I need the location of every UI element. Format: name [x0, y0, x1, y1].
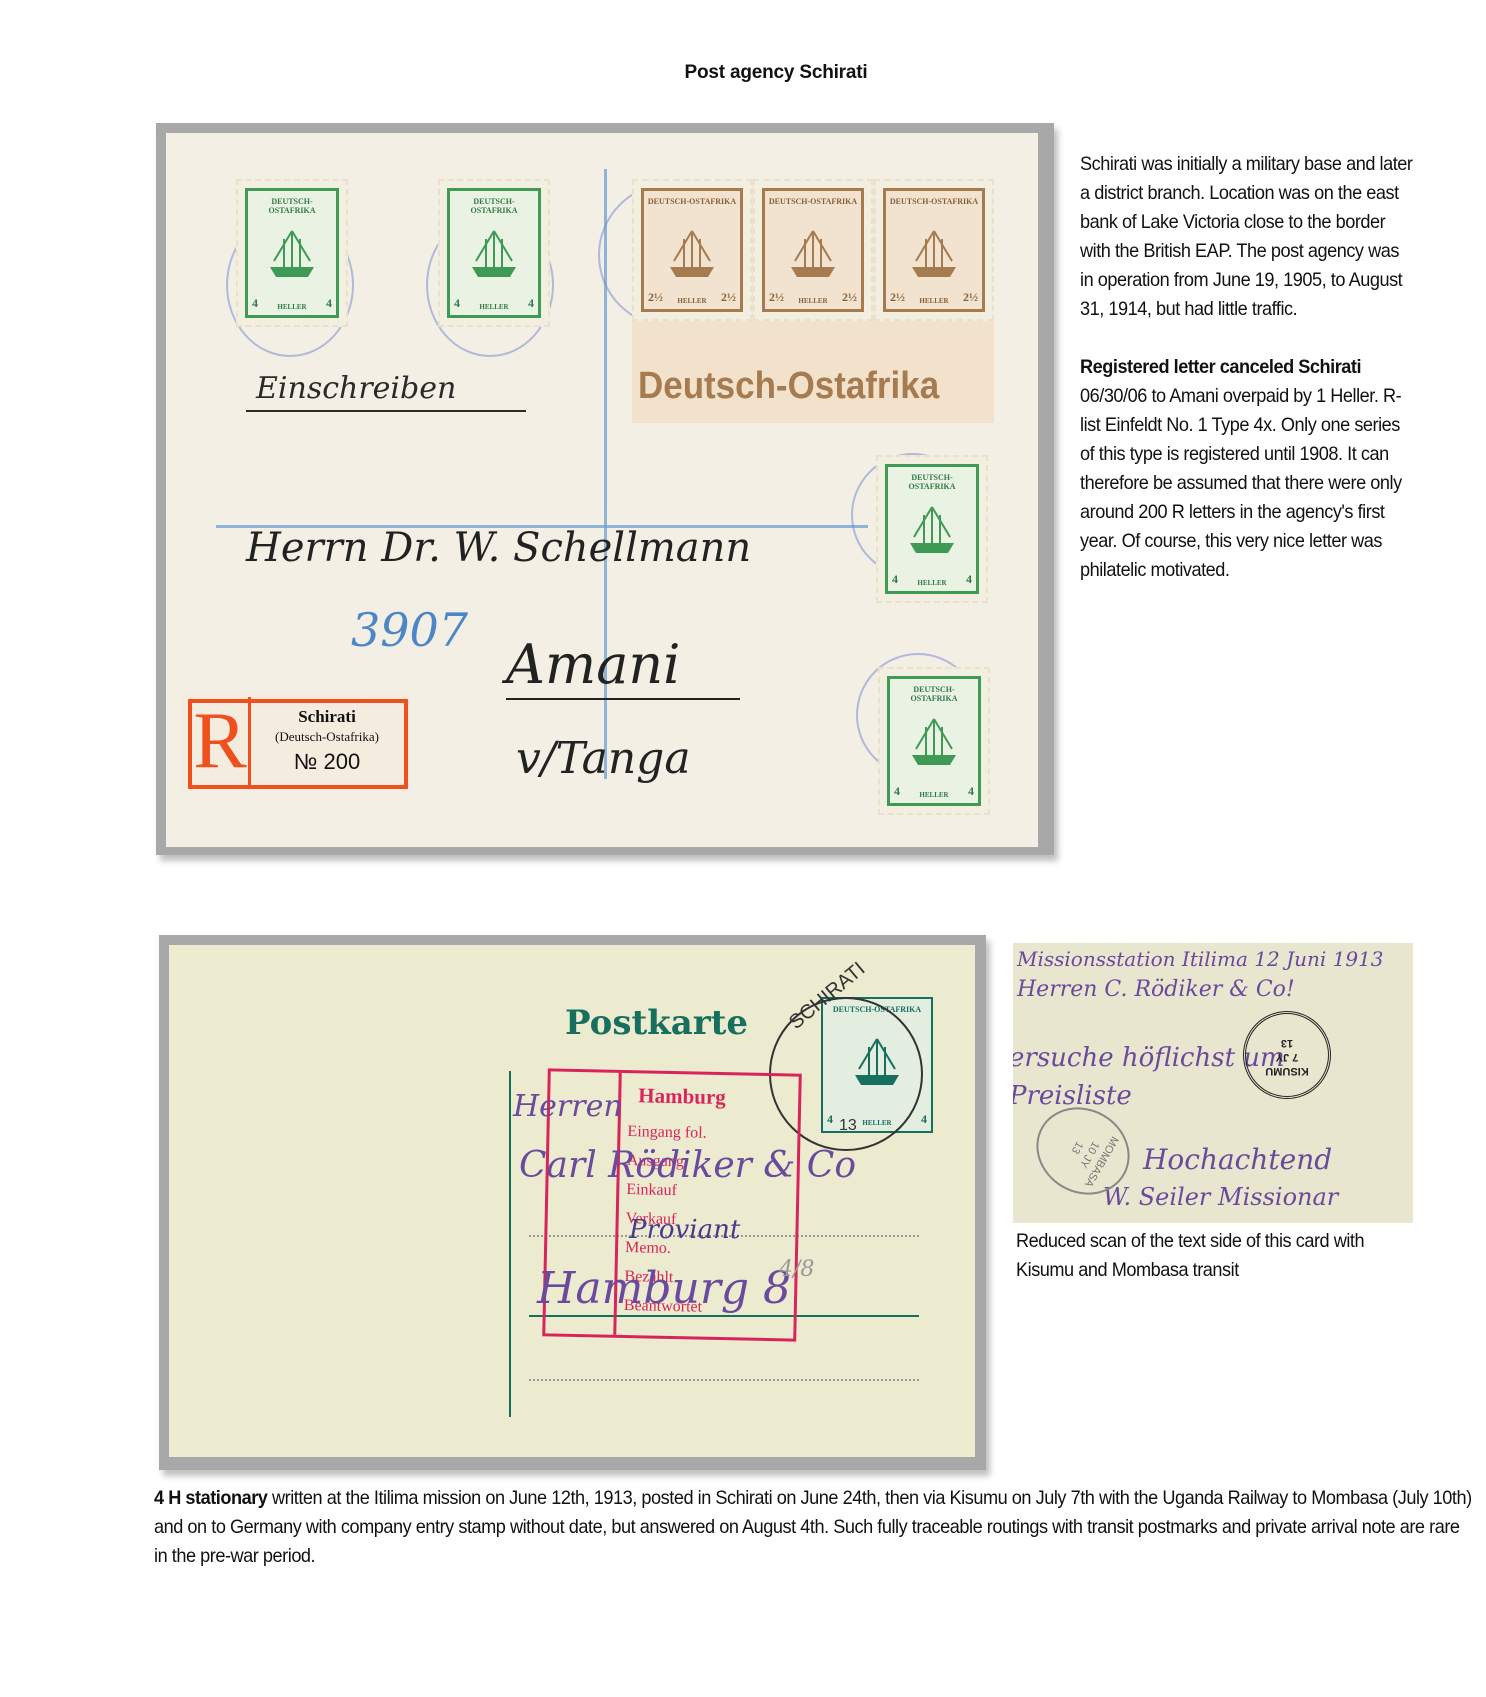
stamp-value: 4: [921, 1112, 927, 1127]
stamp-value: 4: [326, 296, 332, 311]
handwritten-city: Amani: [506, 633, 740, 700]
handwritten-einschreiben: Einschreiben: [246, 371, 526, 412]
registration-number: № 200: [252, 749, 402, 775]
reverse-handwriting-line: W. Seiler Missionar: [1103, 1183, 1338, 1211]
stamp-country: DEUTSCH-OSTAFRIKA: [450, 197, 538, 215]
kisumu-place: KISUMU: [1246, 1064, 1328, 1078]
stamp-value: 4: [966, 572, 972, 587]
stamp-value: 4: [968, 784, 974, 799]
stamp-value: 4: [252, 296, 258, 311]
handwritten-answer-date: 4/8: [779, 1257, 814, 1282]
stationery-description: 4 H stationary written at the Itilima mi…: [154, 1484, 1475, 1571]
stamp-2-5-heller: DEUTSCH-OSTAFRIKA 2½HELLER2½: [632, 179, 752, 321]
handwritten-herren: Herren: [513, 1089, 623, 1124]
stamp-4-heller: DEUTSCH-OSTAFRIKA 4HELLER4: [236, 179, 348, 327]
postkarte-image: Postkarte DEUTSCH-OSTAFRIKA 4HELLER4 SCH…: [169, 945, 975, 1457]
handwritten-via: v/Tanga: [516, 733, 691, 784]
kisumu-year: 13: [1246, 1036, 1328, 1050]
ship-icon: [783, 225, 843, 285]
cover-image-frame: DEUTSCH-OSTAFRIKA 4HELLER4 DEUTSCH-OSTAF…: [156, 123, 1054, 855]
stamp-country: DEUTSCH-OSTAFRIKA: [886, 197, 982, 206]
handwritten-company: Carl Rödiker & Co: [519, 1145, 856, 1186]
handwritten-addressee: Herrn Dr. W. Schellmann: [246, 525, 751, 571]
card-divider-line: [509, 1071, 511, 1417]
stationery-body: written at the Itilima mission on June 1…: [154, 1487, 1472, 1567]
stamp-unit: HELLER: [677, 297, 706, 305]
stamp-value: 4: [892, 572, 898, 587]
page-title: Post agency Schirati: [0, 62, 1486, 84]
stamp-value: 4: [894, 784, 900, 799]
stamp-country: DEUTSCH-OSTAFRIKA: [644, 197, 740, 206]
ship-icon: [662, 225, 722, 285]
stamp-country: DEUTSCH-OSTAFRIKA: [248, 197, 336, 215]
registration-region: (Deutsch-Ostafrika): [252, 729, 402, 745]
postcard-image-frame: Postkarte DEUTSCH-OSTAFRIKA 4HELLER4 SCH…: [159, 935, 986, 1470]
stamp-4-heller: DEUTSCH-OSTAFRIKA 4HELLER4: [876, 455, 988, 603]
stamp-unit: HELLER: [798, 297, 827, 305]
stamp-city: Hamburg: [638, 1083, 726, 1110]
kisumu-date: 7 JY: [1246, 1050, 1328, 1064]
agency-history-paragraph: Schirati was initially a military base a…: [1080, 150, 1415, 324]
stamp-value: 4: [454, 296, 460, 311]
margin-inscription: Deutsch-Ostafrika: [638, 365, 939, 408]
stamp-2-5-heller: DEUTSCH-OSTAFRIKA 2½HELLER2½: [874, 179, 994, 321]
stamp-unit: HELLER: [917, 579, 946, 587]
stamp-country: DEUTSCH-OSTAFRIKA: [890, 685, 978, 703]
handwritten-number: 3907: [351, 603, 468, 657]
postkarte-heading: Postkarte: [565, 1003, 748, 1043]
reverse-scan-caption: Reduced scan of the text side of this ca…: [1016, 1227, 1407, 1285]
registered-letter-heading: Registered letter canceled Schirati: [1080, 353, 1415, 382]
reverse-handwriting-line: Herren C. Rödiker & Co!: [1017, 977, 1295, 1002]
registration-place: Schirati: [252, 707, 402, 727]
reverse-handwriting-line: Missionsstation Itilima 12 Juni 1913: [1017, 947, 1384, 971]
address-line: [529, 1379, 919, 1381]
stationery-heading: 4 H stationary: [154, 1487, 267, 1509]
registered-letter-description: 06/30/06 to Amani overpaid by 1 Heller. …: [1080, 382, 1415, 585]
stamp-value: 2½: [721, 290, 736, 305]
schirati-history-text: Schirati was initially a military base a…: [1080, 150, 1415, 585]
handwritten-proviant: Proviant: [629, 1215, 740, 1245]
stamp-2-5-heller: DEUTSCH-OSTAFRIKA 2½HELLER2½: [753, 179, 873, 321]
stamp-value: 2½: [890, 290, 905, 305]
stamp-country: DEUTSCH-OSTAFRIKA: [765, 197, 861, 206]
ship-icon: [262, 225, 322, 285]
stamp-unit: HELLER: [277, 303, 306, 311]
postmark-year: 13: [839, 1117, 857, 1135]
ship-icon: [902, 501, 962, 561]
kisumu-postmark: KISUMU 7 JY 13: [1243, 1011, 1331, 1099]
stamp-4-heller: DEUTSCH-OSTAFRIKA 4HELLER4: [438, 179, 550, 327]
stamp-unit: HELLER: [919, 791, 948, 799]
stamp-value: 2½: [963, 290, 978, 305]
handwritten-hamburg: Hamburg 8: [537, 1263, 791, 1314]
stamp-unit: HELLER: [919, 297, 948, 305]
stamp-value: 4: [528, 296, 534, 311]
ship-icon: [904, 713, 964, 773]
stamp-value: 2½: [769, 290, 784, 305]
registration-letter: R: [192, 697, 251, 785]
registered-cover-image: DEUTSCH-OSTAFRIKA 4HELLER4 DEUTSCH-OSTAF…: [166, 133, 1038, 847]
stamp-country: DEUTSCH-OSTAFRIKA: [888, 473, 976, 491]
stamp-value: 2½: [648, 290, 663, 305]
registration-label: R Schirati (Deutsch-Ostafrika) № 200: [182, 693, 410, 791]
stamp-4-heller: DEUTSCH-OSTAFRIKA 4HELLER4: [878, 667, 990, 815]
stamp-row: Eingang fol.: [627, 1117, 707, 1148]
ship-icon: [464, 225, 524, 285]
reverse-handwriting-line: Hochachtend: [1143, 1143, 1332, 1176]
card-reverse-scan: Missionsstation Itilima 12 Juni 1913Herr…: [1013, 943, 1413, 1223]
stamp-unit: HELLER: [479, 303, 508, 311]
ship-icon: [904, 225, 964, 285]
stamp-value: 2½: [842, 290, 857, 305]
